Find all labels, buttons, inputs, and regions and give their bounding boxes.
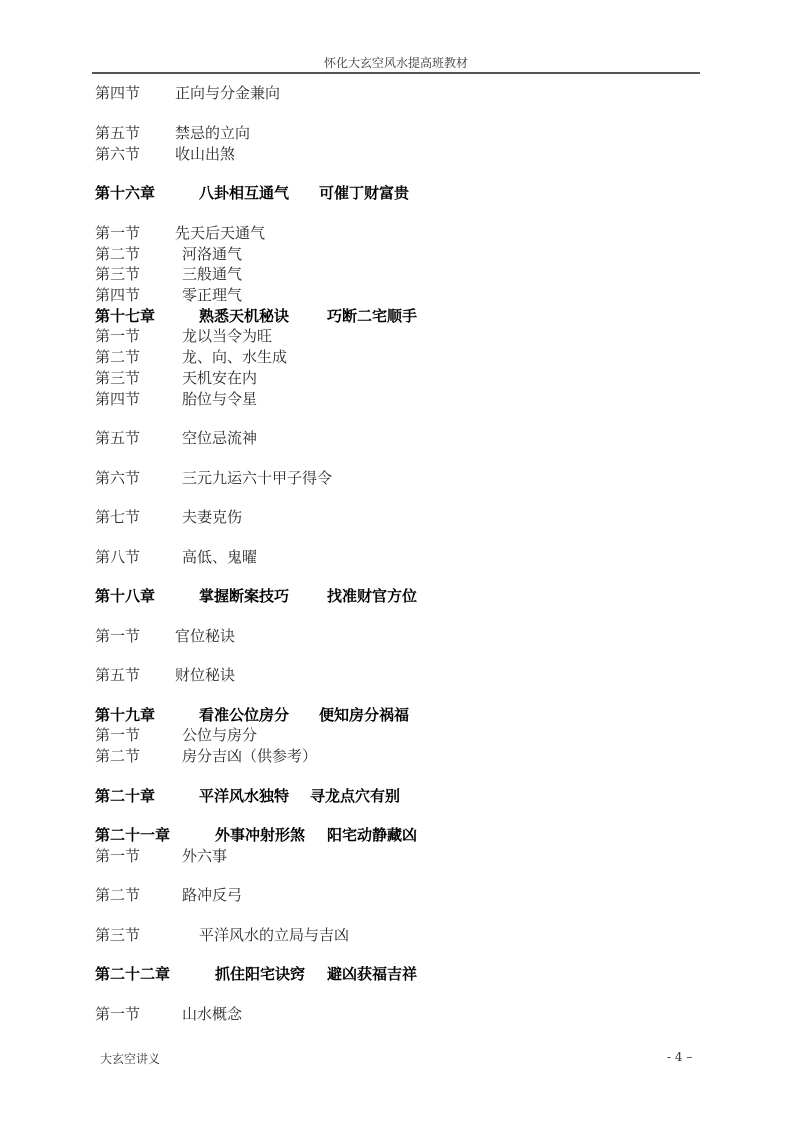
section-title: 河洛通气 — [182, 245, 242, 263]
section-entry: 第二节路冲反弓 — [95, 886, 695, 904]
chapter-title: 抓住阳宅诀窍 — [215, 965, 305, 983]
footer-doc-title: 大玄空讲义 — [100, 1050, 160, 1067]
chapter-heading: 第十九章看准公位房分便知房分祸福 — [95, 706, 695, 724]
chapter-heading: 第十八章掌握断案技巧找准财官方位 — [95, 587, 695, 605]
section-title: 房分吉凶（供参考） — [182, 747, 317, 765]
chapter-heading: 第二十二章抓住阳宅诀窍避凶获福吉祥 — [95, 965, 695, 983]
section-number: 第二节 — [95, 747, 140, 765]
section-entry: 第四节正向与分金兼向 — [95, 84, 695, 102]
section-number: 第六节 — [95, 469, 140, 487]
chapter-number: 第二十二章 — [95, 965, 170, 983]
section-title: 龙以当令为旺 — [182, 327, 272, 345]
chapter-title: 八卦相互通气 — [199, 184, 289, 202]
section-number: 第一节 — [95, 726, 140, 744]
section-title: 三般通气 — [182, 265, 242, 283]
chapter-title: 看准公位房分 — [199, 706, 289, 724]
chapter-number: 第二十章 — [95, 787, 155, 805]
section-number: 第六节 — [95, 145, 140, 163]
chapter-title: 掌握断案技巧 — [199, 587, 289, 605]
section-entry: 第七节夫妻克伤 — [95, 508, 695, 526]
section-number: 第四节 — [95, 84, 140, 102]
section-number: 第五节 — [95, 666, 140, 684]
chapter-heading: 第二十章平洋风水独特寻龙点穴有别 — [95, 787, 695, 805]
section-entry: 第四节零正理气 — [95, 286, 695, 304]
section-entry: 第五节禁忌的立向 — [95, 124, 695, 142]
section-title: 路冲反弓 — [182, 886, 242, 904]
section-entry: 第六节三元九运六十甲子得令 — [95, 469, 695, 487]
section-number: 第五节 — [95, 429, 140, 447]
section-number: 第三节 — [95, 926, 140, 944]
section-entry: 第六节收山出煞 — [95, 145, 695, 163]
chapter-heading: 第十六章八卦相互通气可催丁财富贵 — [95, 184, 695, 202]
section-entry: 第五节财位秘诀 — [95, 666, 695, 684]
section-entry: 第一节官位秘诀 — [95, 627, 695, 645]
chapter-title: 平洋风水独特 — [199, 787, 289, 805]
section-entry: 第一节公位与房分 — [95, 726, 695, 744]
chapter-number: 第二十一章 — [95, 826, 170, 844]
page-header: 怀化大玄空风水提高班教材 — [92, 56, 700, 70]
section-title: 正向与分金兼向 — [175, 84, 280, 102]
section-number: 第四节 — [95, 286, 140, 304]
section-number: 第八节 — [95, 548, 140, 566]
section-title: 山水概念 — [182, 1005, 242, 1023]
chapter-subtitle: 找准财官方位 — [327, 587, 417, 605]
section-title: 禁忌的立向 — [175, 124, 250, 142]
section-entry: 第三节三般通气 — [95, 265, 695, 283]
section-title: 天机安在内 — [182, 369, 257, 387]
chapter-subtitle: 巧断二宅顺手 — [327, 307, 417, 325]
section-entry: 第五节空位忌流神 — [95, 429, 695, 447]
section-title: 空位忌流神 — [182, 429, 257, 447]
section-entry: 第一节先天后天通气 — [95, 224, 695, 242]
section-title: 平洋风水的立局与吉凶 — [199, 926, 349, 944]
section-entry: 第一节龙以当令为旺 — [95, 327, 695, 345]
section-entry: 第二节龙、向、水生成 — [95, 348, 695, 366]
section-number: 第三节 — [95, 369, 140, 387]
section-title: 财位秘诀 — [175, 666, 235, 684]
section-number: 第二节 — [95, 348, 140, 366]
section-title: 公位与房分 — [182, 726, 257, 744]
chapter-number: 第十七章 — [95, 307, 155, 325]
chapter-subtitle: 便知房分祸福 — [319, 706, 409, 724]
chapter-subtitle: 可催丁财富贵 — [319, 184, 409, 202]
chapter-number: 第十八章 — [95, 587, 155, 605]
section-entry: 第一节山水概念 — [95, 1005, 695, 1023]
section-number: 第一节 — [95, 327, 140, 345]
section-number: 第七节 — [95, 508, 140, 526]
section-number: 第一节 — [95, 1005, 140, 1023]
section-number: 第一节 — [95, 847, 140, 865]
page-number: - 4 – — [667, 1050, 692, 1064]
section-entry: 第一节外六事 — [95, 847, 695, 865]
section-number: 第四节 — [95, 390, 140, 408]
section-entry: 第八节高低、鬼曜 — [95, 548, 695, 566]
section-title: 官位秘诀 — [175, 627, 235, 645]
chapter-subtitle: 阳宅动静藏凶 — [327, 826, 417, 844]
section-title: 收山出煞 — [175, 145, 235, 163]
section-title: 胎位与令星 — [182, 390, 257, 408]
section-number: 第二节 — [95, 886, 140, 904]
section-number: 第一节 — [95, 224, 140, 242]
section-title: 零正理气 — [182, 286, 242, 304]
section-entry: 第三节天机安在内 — [95, 369, 695, 387]
section-title: 夫妻克伤 — [182, 508, 242, 526]
chapter-number: 第十九章 — [95, 706, 155, 724]
section-entry: 第四节胎位与令星 — [95, 390, 695, 408]
chapter-subtitle: 寻龙点穴有别 — [310, 787, 400, 805]
section-entry: 第三节平洋风水的立局与吉凶 — [95, 926, 695, 944]
chapter-number: 第十六章 — [95, 184, 155, 202]
section-title: 先天后天通气 — [175, 224, 265, 242]
section-number: 第二节 — [95, 245, 140, 263]
section-number: 第一节 — [95, 627, 140, 645]
section-entry: 第二节房分吉凶（供参考） — [95, 747, 695, 765]
section-title: 三元九运六十甲子得令 — [182, 469, 332, 487]
section-number: 第五节 — [95, 124, 140, 142]
chapter-heading: 第二十一章外事冲射形煞阳宅动静藏凶 — [95, 826, 695, 844]
chapter-title: 外事冲射形煞 — [215, 826, 305, 844]
header-divider — [92, 72, 700, 74]
chapter-subtitle: 避凶获福吉祥 — [327, 965, 417, 983]
section-title: 高低、鬼曜 — [182, 548, 257, 566]
section-title: 龙、向、水生成 — [182, 348, 287, 366]
section-title: 外六事 — [182, 847, 227, 865]
section-entry: 第二节河洛通气 — [95, 245, 695, 263]
chapter-heading: 第十七章熟悉天机秘诀巧断二宅顺手 — [95, 307, 695, 325]
chapter-title: 熟悉天机秘诀 — [199, 307, 289, 325]
section-number: 第三节 — [95, 265, 140, 283]
